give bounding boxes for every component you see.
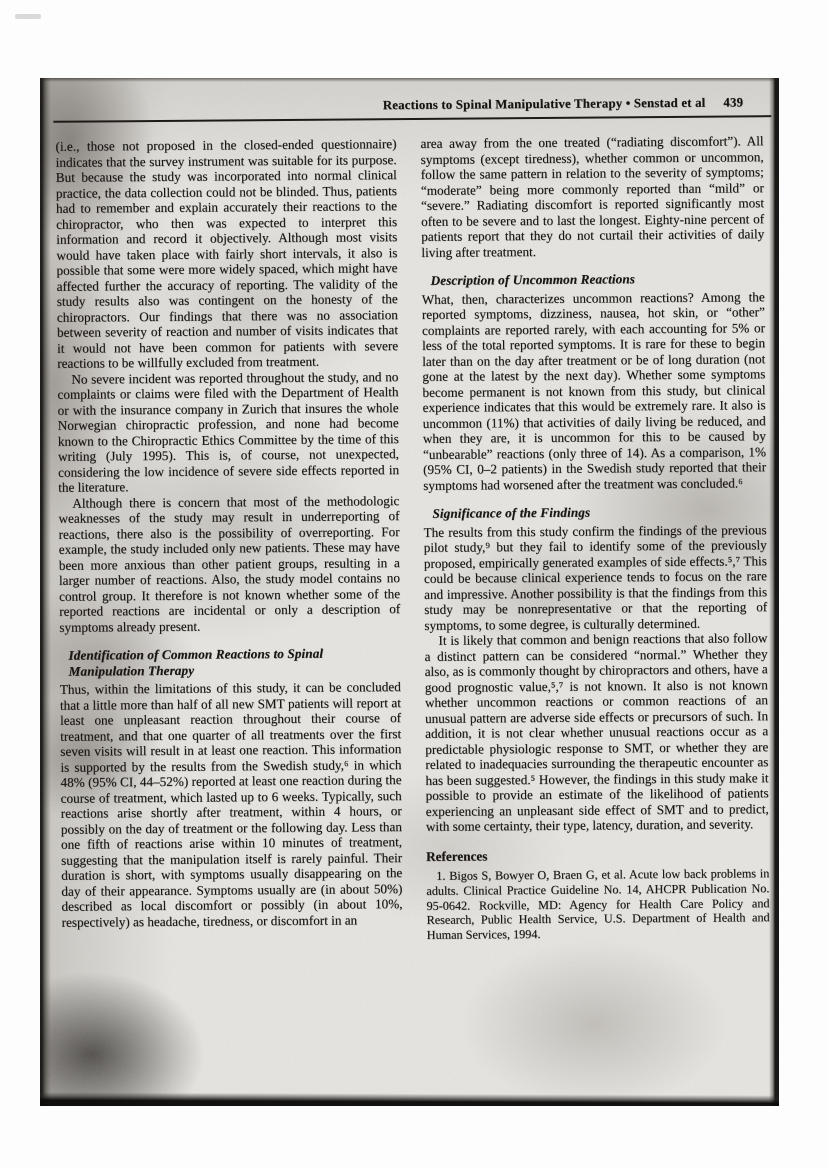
scan-edge-right bbox=[769, 78, 779, 1106]
paragraph: area away from the one treated (“radiati… bbox=[420, 133, 764, 260]
paragraph: It is likely that common and benign reac… bbox=[424, 630, 769, 834]
section-heading: Significance of the Findings bbox=[432, 503, 766, 521]
section-heading: Identification of Common Reactions to Sp… bbox=[68, 645, 400, 679]
header-rule bbox=[53, 115, 771, 123]
paragraph: (i.e., those not proposed in the closed-… bbox=[55, 136, 398, 371]
scanned-document-view: Reactions to Spinal Manipulative Therapy… bbox=[0, 0, 828, 1169]
paragraph: Although there is concern that most of t… bbox=[58, 493, 400, 635]
paragraph: What, then, characterizes uncommon react… bbox=[422, 289, 767, 493]
article-body: (i.e., those not proposed in the closed-… bbox=[55, 133, 771, 1101]
section-heading: Description of Uncommon Reactions bbox=[431, 270, 765, 288]
paragraph: Thus, within the limitations of this stu… bbox=[60, 679, 403, 930]
references-heading: References bbox=[426, 846, 769, 864]
scan-edge-left bbox=[40, 78, 51, 1106]
scanned-page: Reactions to Spinal Manipulative Therapy… bbox=[40, 78, 779, 1106]
page-content: Reactions to Spinal Manipulative Therapy… bbox=[40, 78, 779, 1106]
paragraph: No severe incident was reported througho… bbox=[57, 369, 399, 496]
running-header: Reactions to Spinal Manipulative Therapy… bbox=[54, 95, 743, 115]
scanner-bed-mark bbox=[15, 14, 41, 19]
left-column: (i.e., those not proposed in the closed-… bbox=[55, 136, 402, 930]
running-header-title: Reactions to Spinal Manipulative Therapy… bbox=[383, 96, 706, 113]
scan-edge-bottom bbox=[40, 1092, 779, 1106]
scan-edge-top bbox=[40, 78, 779, 82]
reference-item: 1. Bigos S, Bowyer O, Braen G, et al. Ac… bbox=[426, 866, 770, 943]
page-number: 439 bbox=[723, 95, 743, 109]
right-column: area away from the one treated (“radiati… bbox=[420, 133, 769, 943]
paragraph: The results from this study confirm the … bbox=[424, 522, 768, 633]
